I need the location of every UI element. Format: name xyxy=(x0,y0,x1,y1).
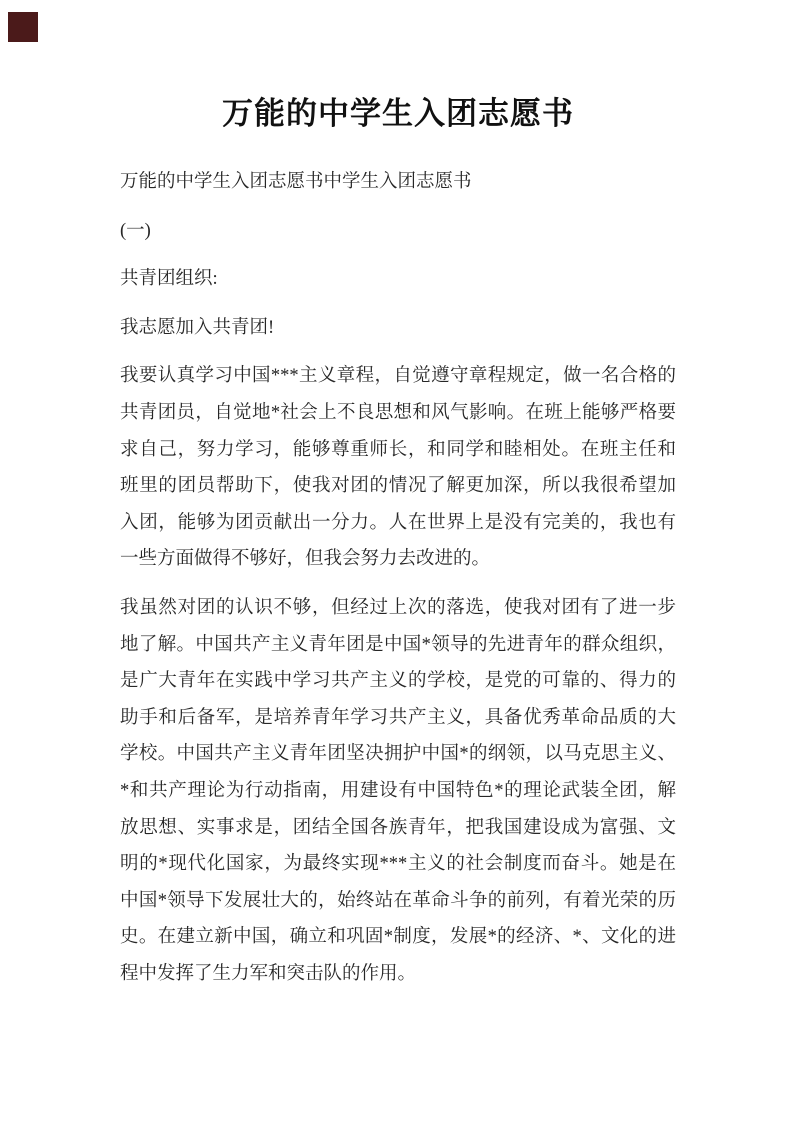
paragraph-line: 班里的团员帮助下，使我对团的情况了解更加深，所以我很希望加 xyxy=(120,468,676,505)
paragraph-line: 求自己，努力学习，能够尊重师长，和同学和睦相处。在班主任和 xyxy=(120,432,676,469)
paragraph-line: 史。在建立新中国，确立和巩固*制度，发展*的经济、*、文化的进 xyxy=(120,919,676,956)
paragraph-line: 入团，能够为团贡献出一分力。人在世界上是没有完美的，我也有 xyxy=(120,505,676,542)
paragraph-line: 我要认真学习中国***主义章程，自觉遵守章程规定，做一名合格的 xyxy=(120,358,676,395)
paragraph-line: 是广大青年在实践中学习共产主义的学校，是党的可靠的、得力的 xyxy=(120,663,676,700)
paragraph-line: 放思想、实事求是，团结全国各族青年，把我国建设成为富强、文 xyxy=(120,810,676,847)
paragraph-line: 程中发挥了生力军和突击队的作用。 xyxy=(120,956,676,993)
subtitle-line: 万能的中学生入团志愿书中学生入团志愿书 xyxy=(120,164,676,201)
paragraph-line: 中国*领导下发展壮大的，始终站在革命斗争的前列，有着光荣的历 xyxy=(120,883,676,920)
paragraph-line: 一些方面做得不够好，但我会努力去改进的。 xyxy=(120,541,676,578)
pledge-line: 我志愿加入共青团! xyxy=(120,310,676,347)
salutation-line: 共青团组织: xyxy=(120,261,676,298)
section-marker: (一) xyxy=(120,213,676,250)
paragraph-line: 明的*现代化国家，为最终实现***主义的社会制度而奋斗。她是在 xyxy=(120,846,676,883)
paragraph-line: 我虽然对团的认识不够，但经过上次的落选，使我对团有了进一步 xyxy=(120,590,676,627)
paragraph-line: 助手和后备军，是培养青年学习共产主义，具备优秀革命品质的大 xyxy=(120,700,676,737)
corner-mark xyxy=(8,12,38,42)
paragraph-line: 地了解。中国共产主义青年团是中国*领导的先进青年的群众组织， xyxy=(120,627,676,664)
paragraph-line: *和共产理论为行动指南，用建设有中国特色*的理论武装全团，解 xyxy=(120,773,676,810)
document-title: 万能的中学生入团志愿书 xyxy=(120,92,676,136)
document-content: 万能的中学生入团志愿书 万能的中学生入团志愿书中学生入团志愿书 (一) 共青团组… xyxy=(120,0,676,1004)
paragraph-1: 我要认真学习中国***主义章程，自觉遵守章程规定，做一名合格的 共青团员，自觉地… xyxy=(120,358,676,578)
document-page: 万能的中学生入团志愿书 万能的中学生入团志愿书中学生入团志愿书 (一) 共青团组… xyxy=(0,0,793,1122)
paragraph-2: 我虽然对团的认识不够，但经过上次的落选，使我对团有了进一步 地了解。中国共产主义… xyxy=(120,590,676,993)
paragraph-line: 学校。中国共产主义青年团坚决拥护中国*的纲领，以马克思主义、 xyxy=(120,736,676,773)
paragraph-line: 共青团员，自觉地*社会上不良思想和风气影响。在班上能够严格要 xyxy=(120,395,676,432)
